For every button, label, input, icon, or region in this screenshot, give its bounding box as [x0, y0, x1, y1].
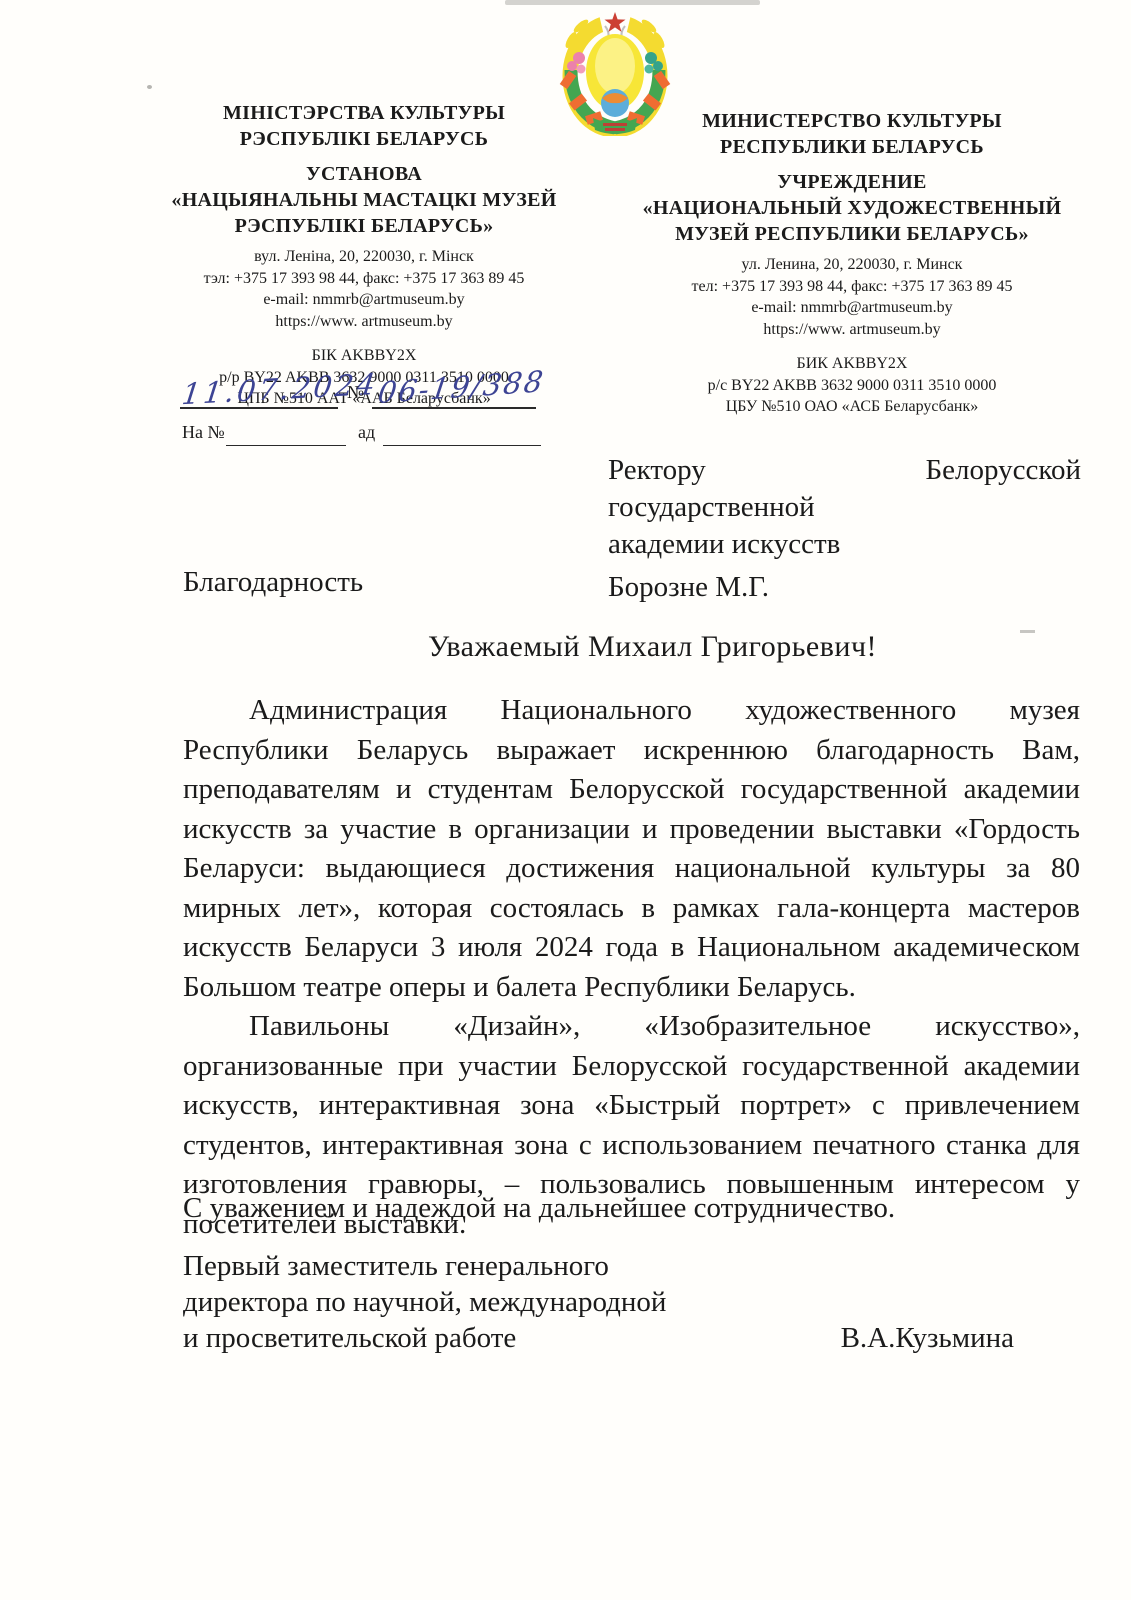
closing-line: С уважением и надеждой на дальнейшее сот… — [183, 1192, 895, 1225]
signatory-name: В.А.Кузьмина — [841, 1322, 1014, 1355]
reply-reference-row: На № ад — [180, 420, 570, 448]
number-underline — [372, 407, 536, 409]
email-line: e-mail: nmmrb@artmuseum.by — [642, 297, 1062, 319]
number-sign-label: № — [347, 382, 364, 403]
website-line: https://www. artmuseum.by — [158, 311, 570, 333]
recipient-line: академии искусств — [608, 526, 1081, 563]
phone-fax-line: тэл: +375 17 393 98 44, факс: +375 17 36… — [158, 268, 570, 290]
bank-bic-line: БІК AKBBY2X — [158, 345, 570, 367]
signatory-position-line: Первый заместитель генерального — [183, 1248, 1080, 1284]
address-line: вул. Леніна, 20, 220030, г. Мінск — [158, 246, 570, 268]
org-name-line: МУЗЕЙ РЕСПУБЛИКИ БЕЛАРУСЬ» — [642, 221, 1062, 247]
body-paragraph: Администрация Национального художественн… — [183, 691, 1080, 1007]
from-date-underline — [383, 445, 541, 446]
org-name-line: МИНИСТЕРСТВО КУЛЬТУРЫ — [642, 108, 1062, 134]
salutation: Уважаемый Михаил Григорьевич! — [428, 630, 877, 664]
scan-artifact-speck — [1020, 630, 1035, 633]
scanned-letter-page: МІНІСТЭРСТВА КУЛЬТУРЫ РЭСПУБЛІКІ БЕЛАРУС… — [0, 0, 1131, 1600]
bank-name-line: ЦБУ №510 ОАО «АСБ Беларусбанк» — [642, 396, 1062, 418]
org-name-line: МІНІСТЭРСТВА КУЛЬТУРЫ — [158, 100, 570, 126]
reference-block: 11.07.2024 № 06-19/388 На № ад — [180, 374, 570, 448]
reply-to-label: На № — [182, 422, 225, 443]
signature-block: Первый заместитель генерального директор… — [183, 1248, 1080, 1356]
org-name-line: РЭСПУБЛІКІ БЕЛАРУСЬ» — [158, 213, 570, 239]
letter-subject: Благодарность — [183, 566, 363, 599]
website-line: https://www. artmuseum.by — [642, 319, 1062, 341]
bank-bic-line: БИК AKBBY2X — [642, 353, 1062, 375]
phone-fax-line: тел: +375 17 393 98 44, факс: +375 17 36… — [642, 276, 1062, 298]
address-line: ул. Ленина, 20, 220030, г. Минск — [642, 254, 1062, 276]
letterhead-belarusian-column: МІНІСТЭРСТВА КУЛЬТУРЫ РЭСПУБЛІКІ БЕЛАРУС… — [158, 100, 570, 410]
reply-number-underline — [226, 445, 346, 446]
email-line: e-mail: nmmrb@artmuseum.by — [158, 289, 570, 311]
org-name-line: УЧРЕЖДЕНИЕ — [642, 169, 1062, 195]
org-name-line: «НАЦИОНАЛЬНЫЙ ХУДОЖЕСТВЕННЫЙ — [642, 195, 1062, 221]
org-name-line: РЭСПУБЛІКІ БЕЛАРУСЬ — [158, 126, 570, 152]
letter-body: Администрация Национального художественн… — [183, 691, 1080, 1244]
letterhead-russian-column: МИНИСТЕРСТВО КУЛЬТУРЫ РЕСПУБЛИКИ БЕЛАРУС… — [642, 108, 1062, 418]
org-name-line: УСТАНОВА — [158, 161, 570, 187]
org-name-line: РЕСПУБЛИКИ БЕЛАРУСЬ — [642, 134, 1062, 160]
scan-artifact-top-strip — [505, 0, 760, 5]
signatory-position-line: директора по научной, международной — [183, 1284, 1080, 1320]
org-name-line: «НАЦЫЯНАЛЬНЫ МАСТАЦКІ МУЗЕЙ — [158, 187, 570, 213]
bank-account-line: р/с BY22 AKBB 3632 9000 0311 3510 0000 — [642, 375, 1062, 397]
date-number-row: 11.07.2024 № 06-19/388 — [180, 374, 570, 410]
recipient-line: Ректору Белорусской государственной — [608, 452, 1081, 526]
scan-artifact-speck — [147, 85, 152, 89]
date-underline — [180, 407, 338, 409]
from-date-label: ад — [358, 422, 375, 443]
recipient-block: Ректору Белорусской государственной акад… — [608, 452, 1081, 606]
recipient-name: Борозне М.Г. — [608, 569, 1081, 606]
